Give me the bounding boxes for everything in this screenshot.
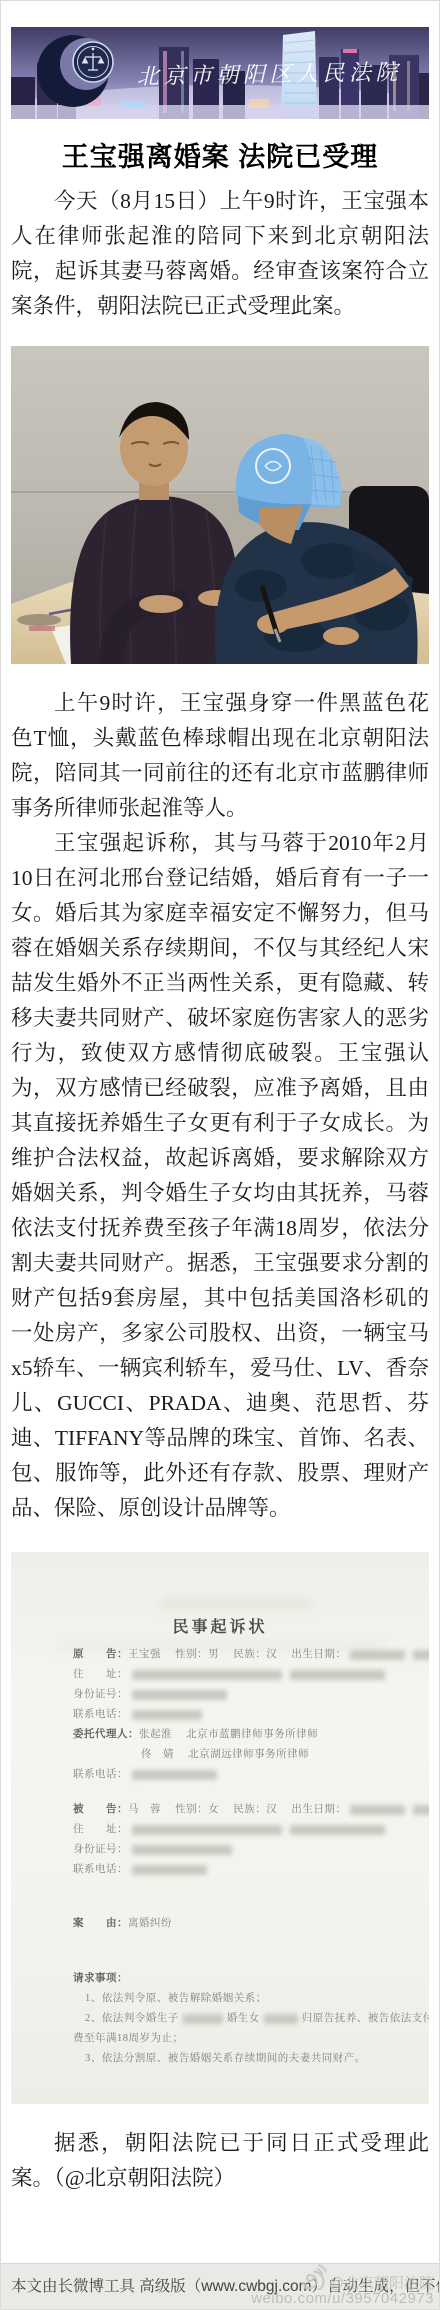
paragraph-claims: 王宝强起诉称，其与马蓉于2010年2月10日在河北邢台登记结婚，婚后育有一子一女… xyxy=(11,826,429,1526)
redaction-blur xyxy=(132,1670,282,1680)
doc-row-claim-1: 1、依法判令原、被告解除婚姻关系； xyxy=(11,1989,429,2009)
article-body: 今天（8月15日）上午9时许，王宝强本人在律师张起淮的陪同下来到北京朝阳法院，起… xyxy=(1,184,439,324)
redaction-blur xyxy=(132,1825,282,1835)
redaction-blur xyxy=(132,1770,217,1780)
doc-row-plaintiff: 原 告：王宝强 性别：男 民族：汉 出生日期： xyxy=(11,1645,429,1665)
doc-row-agent-1: 委托代理人：张起淮 北京市蓝鹏律师事务所律师 xyxy=(11,1725,429,1745)
watermark-handle: @北京朝阳法院 xyxy=(329,2276,434,2291)
weibo-watermark: @北京朝阳法院 weibo.com/u/3957042973 xyxy=(251,2264,434,2307)
banner-title: 北京市朝阳区人民法院 xyxy=(137,60,402,90)
doc-row-agent-phone: 联系电话： xyxy=(11,1765,429,1785)
redaction-blur xyxy=(290,1825,385,1835)
paragraph-scene: 上午9时许，王宝强身穿一件黑蓝色花色T恤，头戴蓝色棒球帽出现在北京朝阳法院，陪同… xyxy=(11,686,429,826)
doc-row-defendant-id: 身份证号： xyxy=(11,1840,429,1860)
doc-title: 民事起诉状 xyxy=(11,1552,429,1637)
doc-row-cause: 案 由：离婚纠纷 xyxy=(11,1914,429,1934)
news-photo xyxy=(11,346,429,664)
long-weibo-page: 北京市朝阳区人民法院 王宝强离婚案 法院已受理 今天（8月15日）上午9时许，王… xyxy=(0,0,440,2310)
redaction-blur xyxy=(290,1670,385,1680)
city-skyline: 北京市朝阳区人民法院 xyxy=(11,27,429,119)
redaction-blur xyxy=(132,1845,232,1855)
doc-row-plaintiff-address: 住 址： xyxy=(11,1665,429,1685)
redaction-blur xyxy=(132,1710,202,1720)
doc-row-plaintiff-phone: 联系电话： xyxy=(11,1705,429,1725)
article-body-2: 上午9时许，王宝强身穿一件黑蓝色花色T恤，头戴蓝色棒球帽出现在北京朝阳法院，陪同… xyxy=(1,686,439,1526)
doc-row-defendant-address: 住 址： xyxy=(11,1820,429,1840)
doc-row-claims-header: 请求事项： xyxy=(11,1969,429,1989)
redaction-blur xyxy=(183,2014,223,2024)
redaction-blur xyxy=(264,2014,298,2024)
paragraph-lead: 今天（8月15日）上午9时许，王宝强本人在律师张起淮的陪同下来到北京朝阳法院，起… xyxy=(11,184,429,324)
court-banner: 北京市朝阳区人民法院 xyxy=(11,27,429,119)
redaction-blur xyxy=(350,1805,405,1815)
doc-row-plaintiff-id: 身份证号： xyxy=(11,1685,429,1705)
watermark-url: weibo.com/u/3957042973 xyxy=(251,2291,434,2307)
complaint-document-image: 民事起诉状 原 告：王宝强 性别：男 民族：汉 出生日期： 住 址： 身份证号：… xyxy=(11,1552,429,2104)
doc-row-claim-2: 2、依法判令婚生子婚生女归原告抚养、被告依法支付抚养 xyxy=(11,2009,429,2029)
paragraph-closing: 据悉，朝阳法院已于同日正式受理此案。（@北京朝阳法院） xyxy=(11,2126,429,2196)
redaction-blur xyxy=(350,1650,405,1660)
doc-row-defendant-phone: 联系电话： xyxy=(11,1860,429,1880)
redaction-blur xyxy=(413,1650,429,1660)
doc-row-agent-2: 佟 婧 北京湖远律师事务所律师 xyxy=(11,1745,429,1765)
article-body-3: 据悉，朝阳法院已于同日正式受理此案。（@北京朝阳法院） xyxy=(1,2126,439,2196)
doc-row-claim-3: 3、依法分割原、被告婚姻关系存续期间的夫妻共同财产。 xyxy=(11,2049,429,2069)
doc-row-defendant: 被 告：马 蓉 性别：女 民族：汉 出生日期： xyxy=(11,1800,429,1820)
redaction-blur xyxy=(413,1805,429,1815)
redaction-blur xyxy=(132,1690,227,1700)
doc-row-claim-2-cont: 费至年满18周岁为止； xyxy=(11,2029,429,2049)
signing-scene xyxy=(11,346,429,664)
redaction-blur xyxy=(132,1865,207,1875)
article-title: 王宝强离婚案 法院已受理 xyxy=(1,135,439,174)
